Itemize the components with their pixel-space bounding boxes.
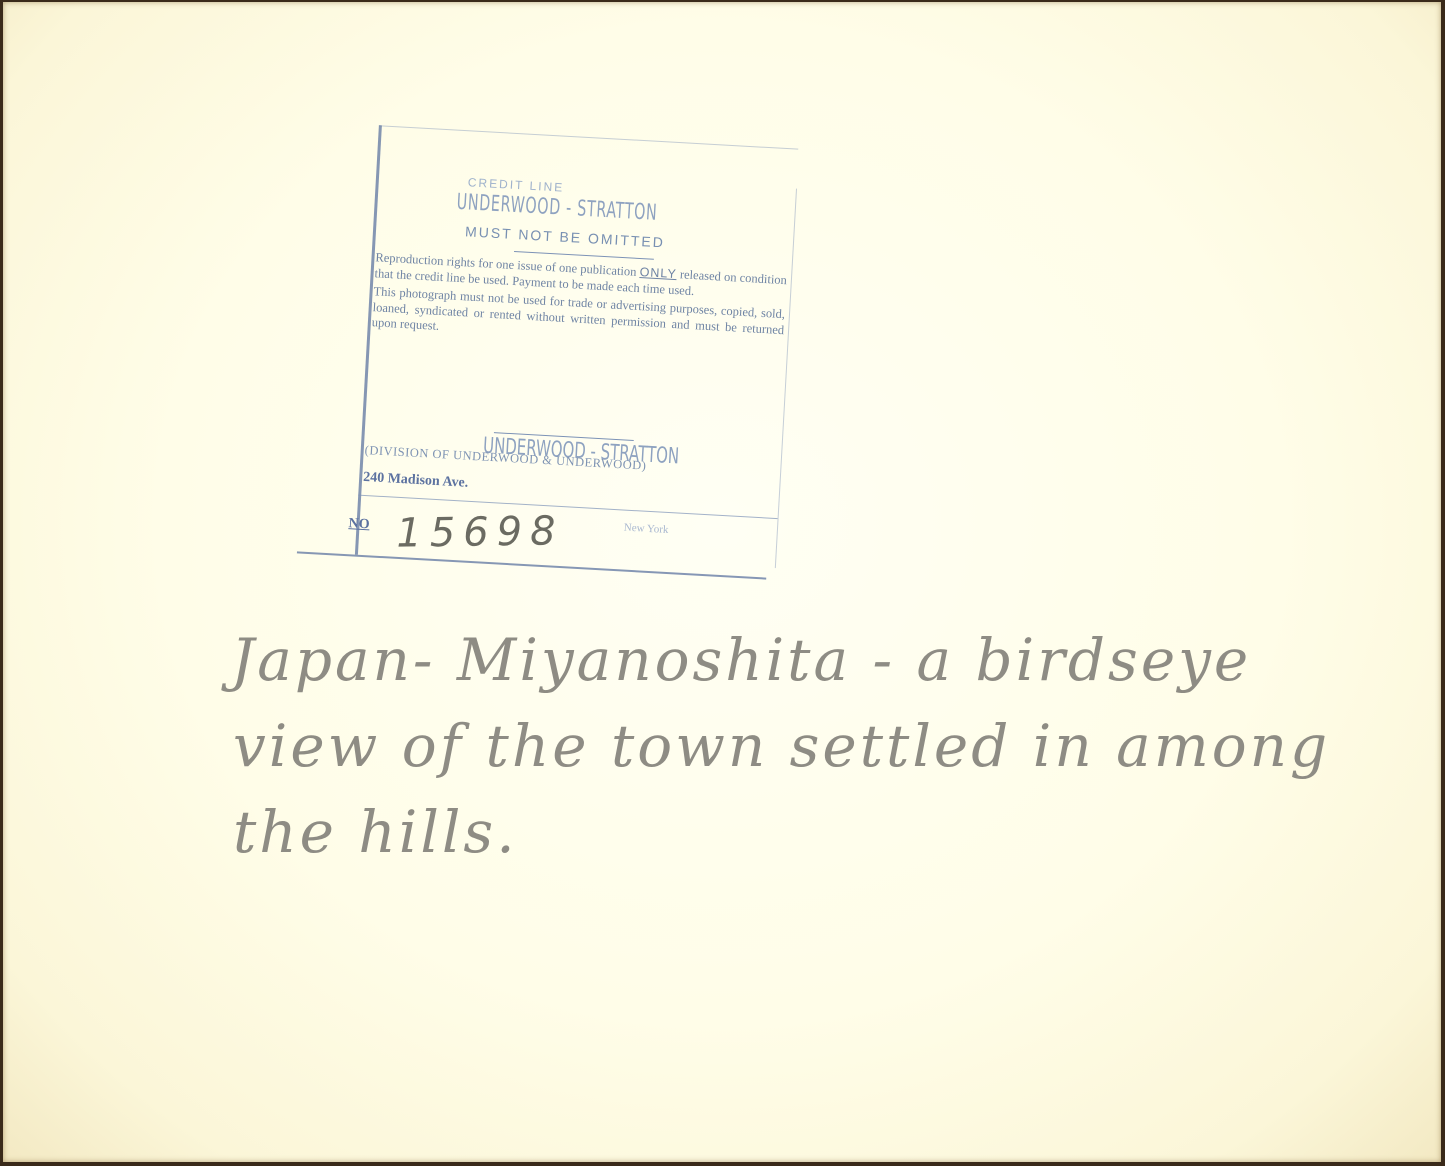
stamp-border — [775, 189, 797, 568]
photo-number: 15698 — [396, 508, 564, 556]
city: New York — [623, 522, 668, 536]
reproduction-terms: Reproduction rights for one issue of one… — [371, 250, 787, 356]
stamp-border — [355, 125, 382, 554]
caption-line: view of the town settled in among — [233, 703, 1311, 789]
caption-line: Japan- Miyanoshita - a birdseye — [231, 617, 1311, 703]
terms-only-emphasis: ONLY — [639, 265, 677, 281]
number-label: NO — [348, 516, 370, 533]
photo-back-card: CREDIT LINE UNDERWOOD - STRATTON MUST NO… — [3, 2, 1441, 1162]
credit-line-stamp: CREDIT LINE UNDERWOOD - STRATTON MUST NO… — [295, 122, 800, 608]
caption-line: the hills. — [233, 789, 1311, 875]
address: 240 Madison Ave. — [363, 470, 469, 492]
stamp-border — [297, 551, 766, 579]
handwritten-caption: Japan- Miyanoshita - a birdseye view of … — [231, 617, 1311, 875]
stamp-border — [379, 125, 798, 149]
must-not-be-omitted: MUST NOT BE OMITTED — [465, 223, 666, 250]
company-name-top: UNDERWOOD - STRATTON — [456, 190, 658, 226]
